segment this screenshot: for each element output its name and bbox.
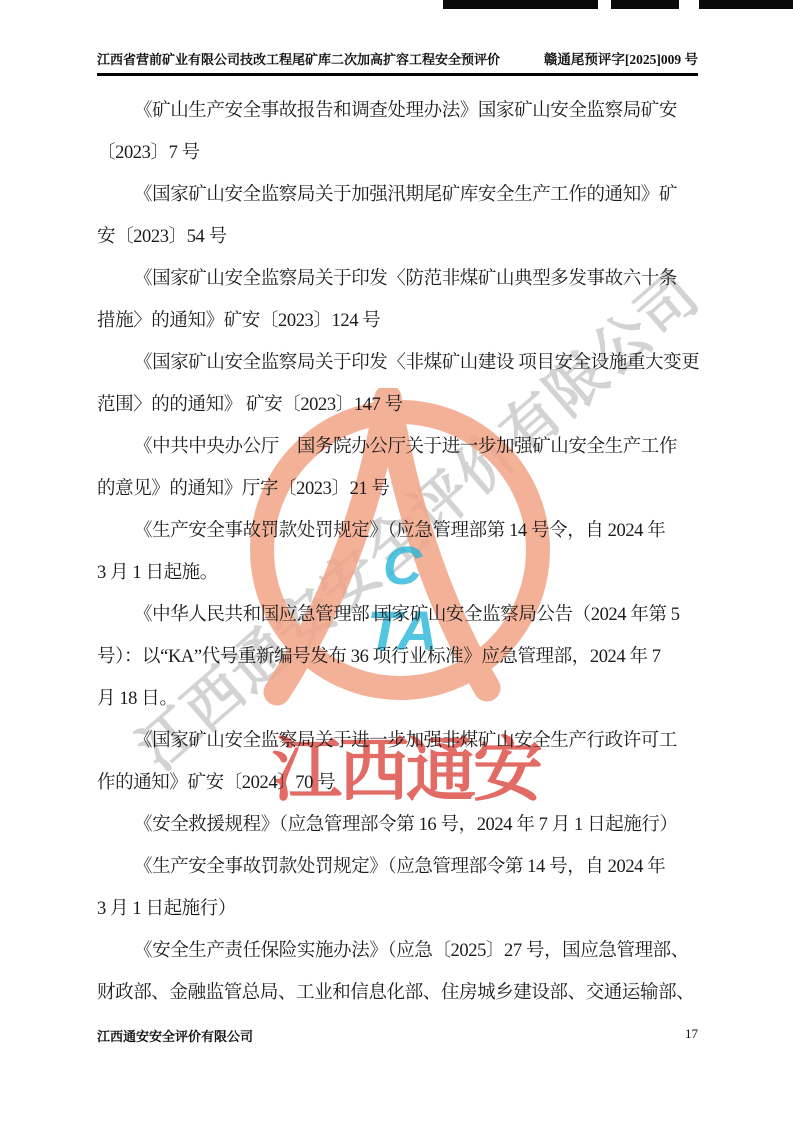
text-line: 号）：以“KA”代号重新编号发布 36 项行业标准》应急管理部，2024 年 7 (97, 636, 701, 678)
text-line: 3 月 1 日起施。 (97, 552, 701, 594)
scan-edge-segment (699, 0, 793, 9)
scan-edge-artifact (0, 0, 793, 9)
text-line: 〔2023〕7 号 (97, 132, 701, 174)
footer-company-name: 江西通安安全评价有限公司 (97, 1026, 253, 1045)
text-line: 的意见》的通知》厅字〔2023〕21 号 (97, 468, 701, 510)
scan-edge-segment (443, 0, 598, 9)
text-line: 《国家矿山安全监察局关于进一步加强非煤矿山安全生产行政许可工 (97, 720, 701, 762)
text-line: 《中华人民共和国应急管理部 国家矿山安全监察局公告（2024 年第 5 (97, 594, 701, 636)
text-line: 范围〉的的通知》 矿安〔2023〕147 号 (97, 384, 701, 426)
text-line: 《矿山生产安全事故报告和调查处理办法》国家矿山安全监察局矿安 (97, 90, 701, 132)
header-doc-number: 赣通尾预评字[2025]009 号 (544, 48, 698, 68)
text-line: 《生产安全事故罚款处罚规定》（应急管理部令第 14 号，自 2024 年 (97, 846, 701, 888)
body-text: 《矿山生产安全事故报告和调查处理办法》国家矿山安全监察局矿安〔2023〕7 号《… (97, 90, 701, 1014)
text-line: 《安全救援规程》（应急管理部令第 16 号，2024 年 7 月 1 日起施行） (97, 804, 701, 846)
text-line: 作的通知》矿安〔2024〕70 号 (97, 762, 701, 804)
text-line: 《国家矿山安全监察局关于加强汛期尾矿库安全生产工作的通知》矿 (97, 174, 701, 216)
document-page: 江西通安安全评价有限公司 C TA 江西通安 江西省营前矿业有限公司技改工程尾矿… (0, 0, 793, 1122)
footer-page-number: 17 (685, 1026, 698, 1042)
text-line: 《中共中央办公厅 国务院办公厅关于进一步加强矿山安全生产工作 (97, 426, 701, 468)
text-line: 措施〉的通知》矿安〔2023〕124 号 (97, 300, 701, 342)
text-line: 安〔2023〕54 号 (97, 216, 701, 258)
text-line: 3 月 1 日起施行） (97, 888, 701, 930)
page-footer: 江西通安安全评价有限公司 17 (97, 1026, 698, 1045)
text-line: 《国家矿山安全监察局关于印发〈防范非煤矿山典型多发事故六十条 (97, 258, 701, 300)
text-line: 《安全生产责任保险实施办法》（应急〔2025〕27 号，国应急管理部、 (97, 930, 701, 972)
text-line: 《国家矿山安全监察局关于印发〈非煤矿山建设 项目安全设施重大变更 (97, 342, 701, 384)
text-line: 《生产安全事故罚款处罚规定》（应急管理部第 14 号令，自 2024 年 (97, 510, 701, 552)
header-title: 江西省营前矿业有限公司技改工程尾矿库二次加高扩容工程安全预评价 (97, 49, 500, 68)
text-line: 财政部、金融监管总局、工业和信息化部、住房城乡建设部、交通运输部、 (97, 972, 701, 1014)
scan-edge-segment (611, 0, 679, 9)
text-line: 月 18 日。 (97, 678, 701, 720)
page-header: 江西省营前矿业有限公司技改工程尾矿库二次加高扩容工程安全预评价 赣通尾预评字[2… (97, 48, 698, 76)
